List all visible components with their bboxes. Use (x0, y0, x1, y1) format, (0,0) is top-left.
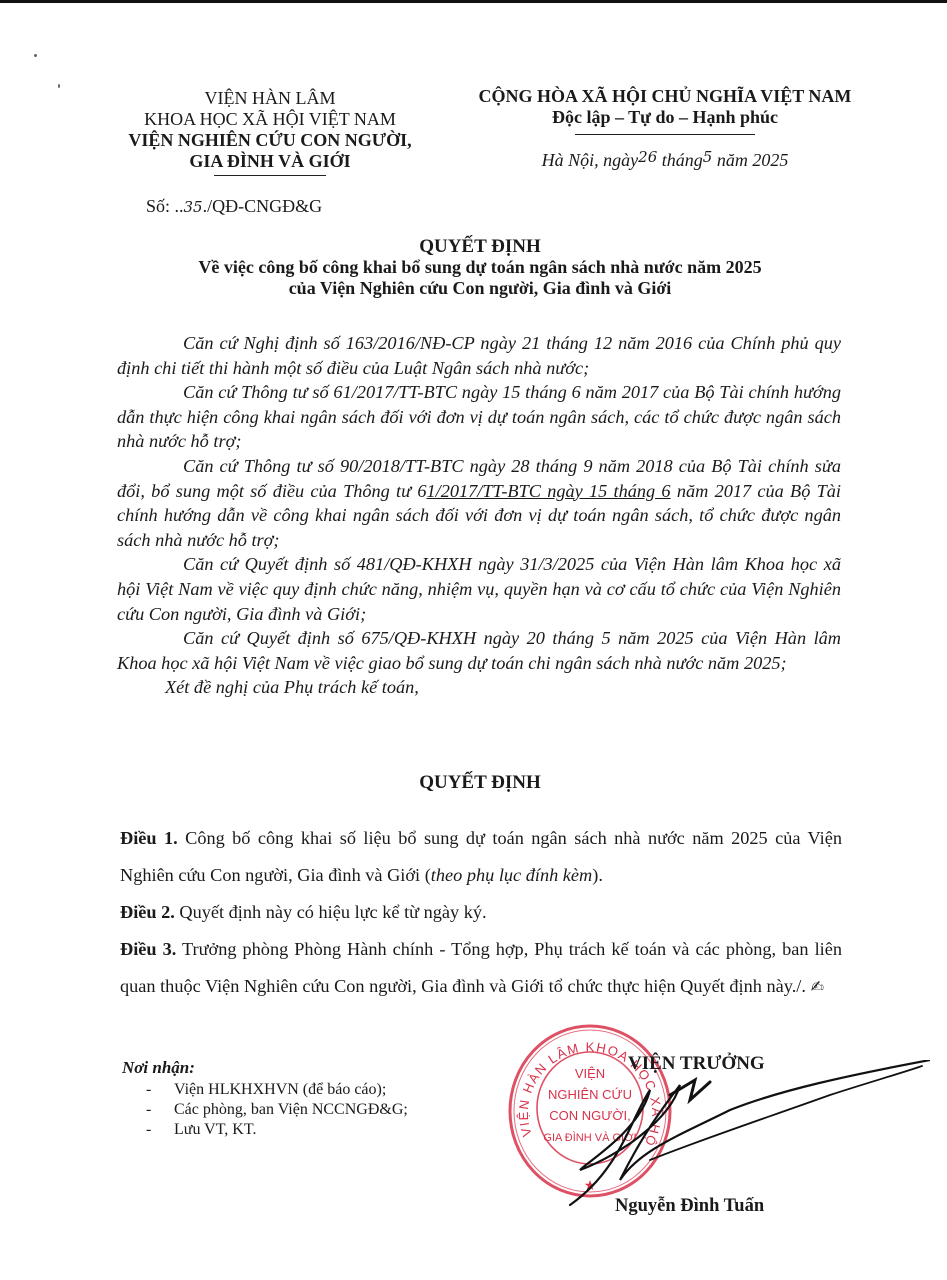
agency-line-4: GIA ĐÌNH VÀ GIỚI (100, 151, 440, 172)
country-name: CỘNG HÒA XÃ HỘI CHỦ NGHĨA VIỆT NAM (455, 86, 875, 107)
national-header: CỘNG HÒA XÃ HỘI CHỦ NGHĨA VIỆT NAM Độc l… (455, 86, 875, 135)
recipient-item: -Lưu VT, KT. (122, 1120, 408, 1140)
bullet: - (122, 1100, 174, 1120)
recipient-text: Viện HLKHXHVN (để báo cáo); (174, 1080, 386, 1100)
article-3: Điều 3. Trưởng phòng Phòng Hành chính - … (120, 931, 842, 1005)
legal-basis-item: Căn cứ Nghị định số 163/2016/NĐ-CP ngày … (117, 331, 841, 380)
legal-basis-proposal: Xét đề nghị của Phụ trách kế toán, (117, 675, 841, 700)
agency-underline (214, 175, 326, 176)
article-label: Điều 3. (120, 939, 176, 959)
article-label: Điều 1. (120, 828, 178, 848)
agency-line-3: VIỆN NGHIÊN CỨU CON NGƯỜI, (100, 130, 440, 151)
article-label: Điều 2. (120, 902, 175, 922)
articles: Điều 1. Công bố công khai số liệu bổ sun… (120, 820, 842, 1005)
issue-date: Hà Nội, ngày26 tháng5 năm 2025 (455, 150, 875, 171)
document-title-block: QUYẾT ĐỊNH Về việc công bố công khai bổ … (100, 236, 860, 299)
bullet: - (122, 1120, 174, 1140)
date-month-handwritten: 5 (703, 148, 713, 166)
document-title: QUYẾT ĐỊNH (100, 236, 860, 257)
initial-mark-icon: ✍ (811, 977, 824, 996)
recipient-text: Lưu VT, KT. (174, 1120, 256, 1140)
scan-speck (58, 84, 60, 88)
scan-top-border (0, 0, 947, 3)
article-text: Quyết định này có hiệu lực kể từ ngày ký… (175, 902, 487, 922)
document-number-prefix: Số: .. (146, 196, 184, 216)
decision-heading: QUYẾT ĐỊNH (100, 772, 860, 794)
legal-basis-underlined-text: 1/2017/TT-BTC ngày 15 tháng 6 (427, 481, 671, 501)
document-subject-line-1: Về việc công bố công khai bổ sung dự toá… (100, 257, 860, 278)
document-number: Số: ..35./QĐ-CNGĐ&G (146, 196, 322, 217)
recipients-list: -Viện HLKHXHVN (để báo cáo); -Các phòng,… (122, 1080, 408, 1140)
legal-basis-item: Căn cứ Thông tư số 90/2018/TT-BTC ngày 2… (117, 454, 841, 552)
agency-line-1: VIỆN HÀN LÂM (100, 88, 440, 109)
article-2: Điều 2. Quyết định này có hiệu lực kể từ… (120, 894, 842, 931)
recipients-label: Nơi nhận: (122, 1058, 408, 1078)
recipient-text: Các phòng, ban Viện NCCNGĐ&G; (174, 1100, 408, 1120)
recipient-item: -Các phòng, ban Viện NCCNGĐ&G; (122, 1100, 408, 1120)
date-day-handwritten: 26 (638, 148, 657, 166)
handwritten-signature-icon (550, 1060, 930, 1210)
motto-underline (575, 134, 755, 135)
legal-basis: Căn cứ Nghị định số 163/2016/NĐ-CP ngày … (117, 331, 841, 700)
article-1: Điều 1. Công bố công khai số liệu bổ sun… (120, 820, 842, 894)
legal-basis-item: Căn cứ Quyết định số 675/QĐ-KHXH ngày 20… (117, 626, 841, 675)
national-motto: Độc lập – Tự do – Hạnh phúc (455, 107, 875, 128)
date-month-label: tháng (657, 150, 703, 170)
recipients-block: Nơi nhận: -Viện HLKHXHVN (để báo cáo); -… (122, 1058, 408, 1140)
document-number-suffix: ./QĐ-CNGĐ&G (203, 196, 323, 216)
article-text: ). (592, 865, 603, 885)
document-number-handwritten: 35 (184, 198, 203, 216)
article-italic-note: theo phụ lục đính kèm (431, 865, 592, 885)
issuing-agency: VIỆN HÀN LÂM KHOA HỌC XÃ HỘI VIỆT NAM VI… (100, 88, 440, 176)
bullet: - (122, 1080, 174, 1100)
article-text: Trưởng phòng Phòng Hành chính - Tổng hợp… (120, 939, 842, 996)
agency-line-2: KHOA HỌC XÃ HỘI VIỆT NAM (100, 109, 440, 130)
recipient-item: -Viện HLKHXHVN (để báo cáo); (122, 1080, 408, 1100)
signer-name: Nguyễn Đình Tuấn (615, 1196, 764, 1217)
legal-basis-item: Căn cứ Thông tư số 61/2017/TT-BTC ngày 1… (117, 380, 841, 454)
date-year: năm 2025 (712, 150, 788, 170)
scan-speck (34, 54, 37, 57)
date-prefix: Hà Nội, ngày (542, 150, 639, 170)
legal-basis-item: Căn cứ Quyết định số 481/QĐ-KHXH ngày 31… (117, 552, 841, 626)
document-subject-line-2: của Viện Nghiên cứu Con người, Gia đình … (100, 278, 860, 299)
